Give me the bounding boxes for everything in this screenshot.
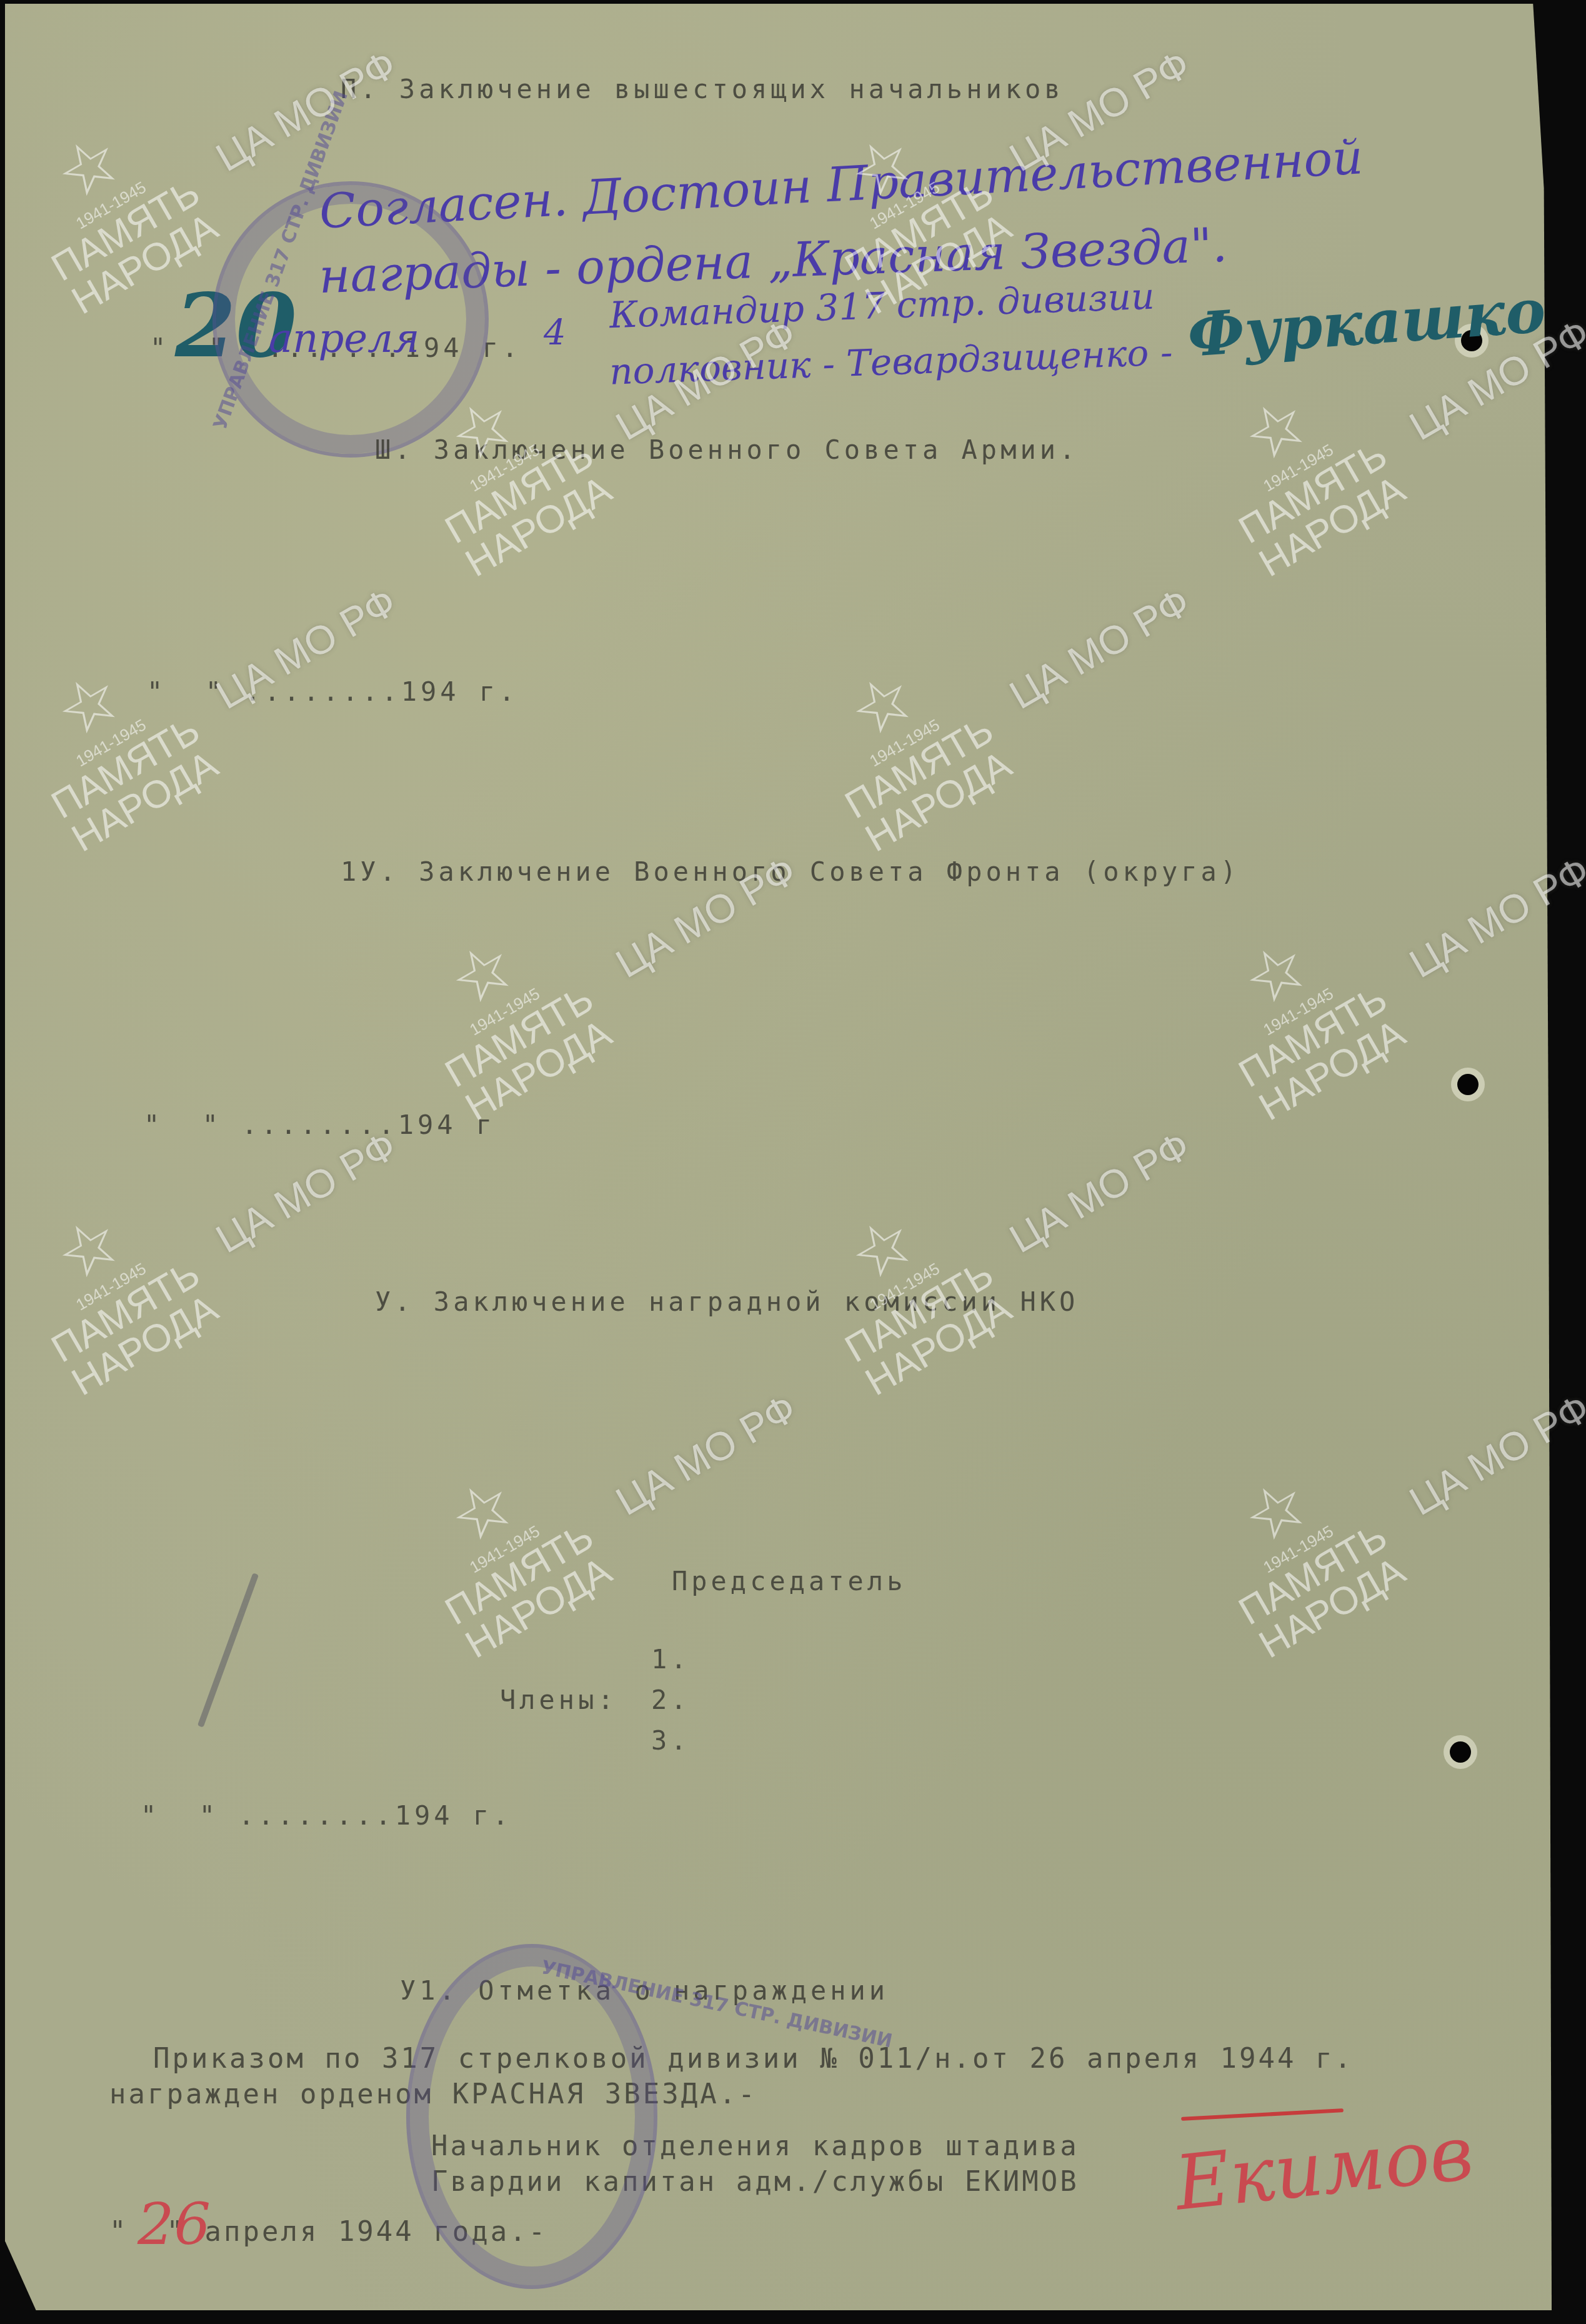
punch-hole (1450, 1741, 1471, 1763)
section-2-date-year-suffix: 4 (544, 313, 566, 353)
official-stamp (406, 1944, 657, 2289)
section-5-date-line: " " ........194 г. (141, 1800, 512, 1831)
members-label: Члены: (500, 1685, 617, 1715)
award-order-line-1: Приказом по 317 стрелковой дивизии № 011… (153, 2043, 1354, 2075)
chairman-label: Председатель (672, 1566, 906, 1596)
section-2-heading: П. Заключение вышестоящих начальников (341, 74, 1064, 104)
member-number-1: 1. (651, 1644, 691, 1675)
member-number-3: 3. (651, 1725, 691, 1756)
section-4-date-line: " " ........194 г (144, 1109, 496, 1140)
section-6-date-day: 26 (137, 2191, 211, 2258)
member-number-2: 2. (651, 1685, 691, 1715)
section-3-date-line: " " ........194 г. (147, 676, 518, 707)
punch-hole (1457, 1074, 1479, 1095)
